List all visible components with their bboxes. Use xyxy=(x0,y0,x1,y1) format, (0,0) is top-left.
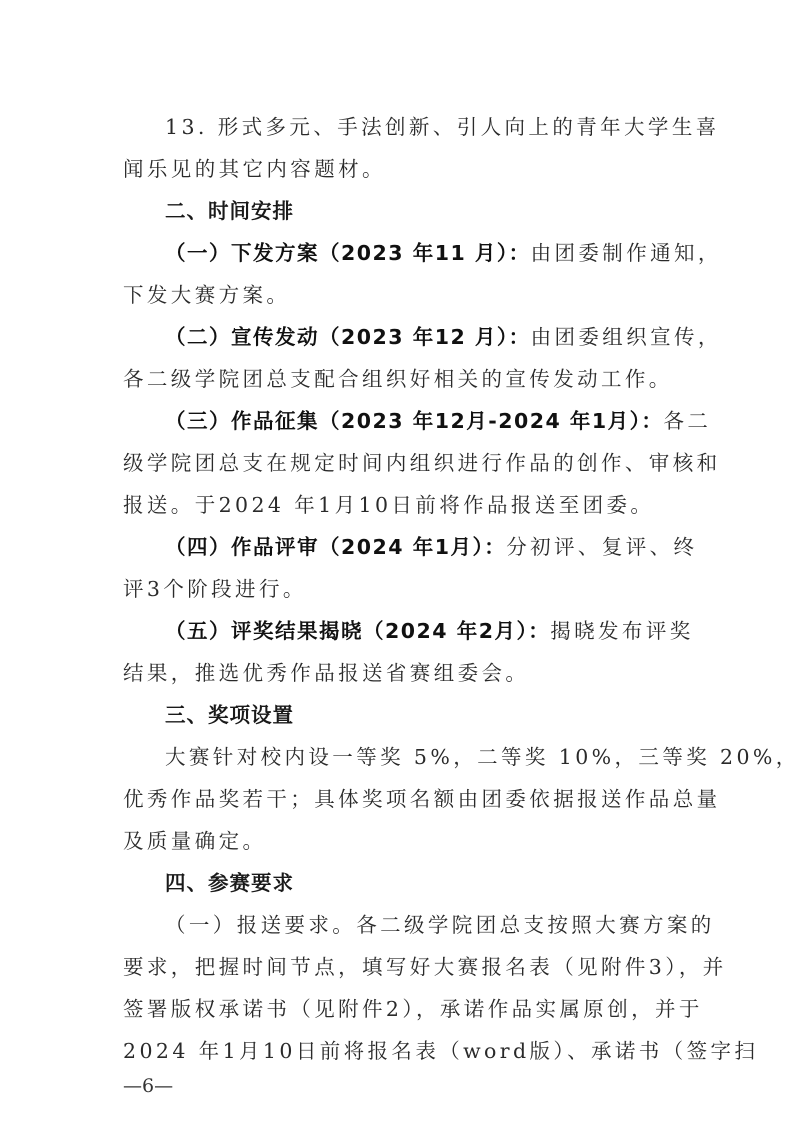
schedule-item-4-line-1: （四）作品评审（2024 年1月）：分初评、复评、终 xyxy=(165,532,725,562)
awards-line-1: 大赛针对校内设一等奖 5%，二等奖 10%，三等奖 20%， xyxy=(165,742,725,772)
schedule-item-5-title: （五）评奖结果揭晓（2024 年2月）： xyxy=(165,619,550,643)
schedule-item-5-line-2: 结果，推选优秀作品报送省赛组委会。 xyxy=(123,658,683,688)
schedule-item-3-line-2: 级学院团总支在规定时间内组织进行作品的创作、审核和 xyxy=(123,448,683,478)
schedule-item-1-line-2: 下发大赛方案。 xyxy=(123,280,683,310)
document-page: 13. 形式多元、手法创新、引人向上的青年大学生喜 闻乐见的其它内容题材。 二、… xyxy=(0,0,800,1127)
schedule-item-1-line-1: （一）下发方案（2023 年11 月）：由团委制作通知， xyxy=(165,238,725,268)
schedule-item-4-text: 分初评、复评、终 xyxy=(506,535,697,559)
schedule-item-2-text: 由团委组织宣传， xyxy=(531,325,722,349)
schedule-item-5-line-1: （五）评奖结果揭晓（2024 年2月）：揭晓发布评奖 xyxy=(165,616,725,646)
schedule-item-3-line-3: 报送。于2024 年1月10日前将作品报送至团委。 xyxy=(123,490,683,520)
awards-line-2: 优秀作品奖若干；具体奖项名额由团委依据报送作品总量 xyxy=(123,784,683,814)
section-4-heading: 四、参赛要求 xyxy=(165,868,725,898)
schedule-item-4-line-2: 评3个阶段进行。 xyxy=(123,574,683,604)
section-3-heading: 三、奖项设置 xyxy=(165,700,725,730)
item-13-line-1: 13. 形式多元、手法创新、引人向上的青年大学生喜 xyxy=(165,112,725,142)
page-number: —6— xyxy=(123,1075,173,1097)
requirements-line-3: 签署版权承诺书（见附件2），承诺作品实属原创，并于 xyxy=(123,994,683,1024)
schedule-item-2-line-1: （二）宣传发动（2023 年12 月）：由团委组织宣传， xyxy=(165,322,725,352)
schedule-item-3-line-1: （三）作品征集（2023 年12月-2024 年1月）：各二 xyxy=(165,406,725,436)
item-13-line-2: 闻乐见的其它内容题材。 xyxy=(123,154,683,184)
schedule-item-1-text: 由团委制作通知， xyxy=(531,241,722,265)
schedule-item-3-title: （三）作品征集（2023 年12月-2024 年1月）： xyxy=(165,409,663,433)
schedule-item-2-line-2: 各二级学院团总支配合组织好相关的宣传发动工作。 xyxy=(123,364,683,394)
requirements-line-4: 2024 年1月10日前将报名表（word版）、承诺书（签字扫 xyxy=(123,1036,683,1066)
schedule-item-2-title: （二）宣传发动（2023 年12 月）： xyxy=(165,325,531,349)
requirements-line-2: 要求，把握时间节点，填写好大赛报名表（见附件3），并 xyxy=(123,952,683,982)
schedule-item-5-text: 揭晓发布评奖 xyxy=(550,619,693,643)
schedule-item-1-title: （一）下发方案（2023 年11 月）： xyxy=(165,241,531,265)
requirements-line-1: （一）报送要求。各二级学院团总支按照大赛方案的 xyxy=(165,910,725,940)
awards-line-3: 及质量确定。 xyxy=(123,826,683,856)
schedule-item-4-title: （四）作品评审（2024 年1月）： xyxy=(165,535,506,559)
section-2-heading: 二、时间安排 xyxy=(165,196,725,226)
schedule-item-3-text: 各二 xyxy=(663,409,711,433)
